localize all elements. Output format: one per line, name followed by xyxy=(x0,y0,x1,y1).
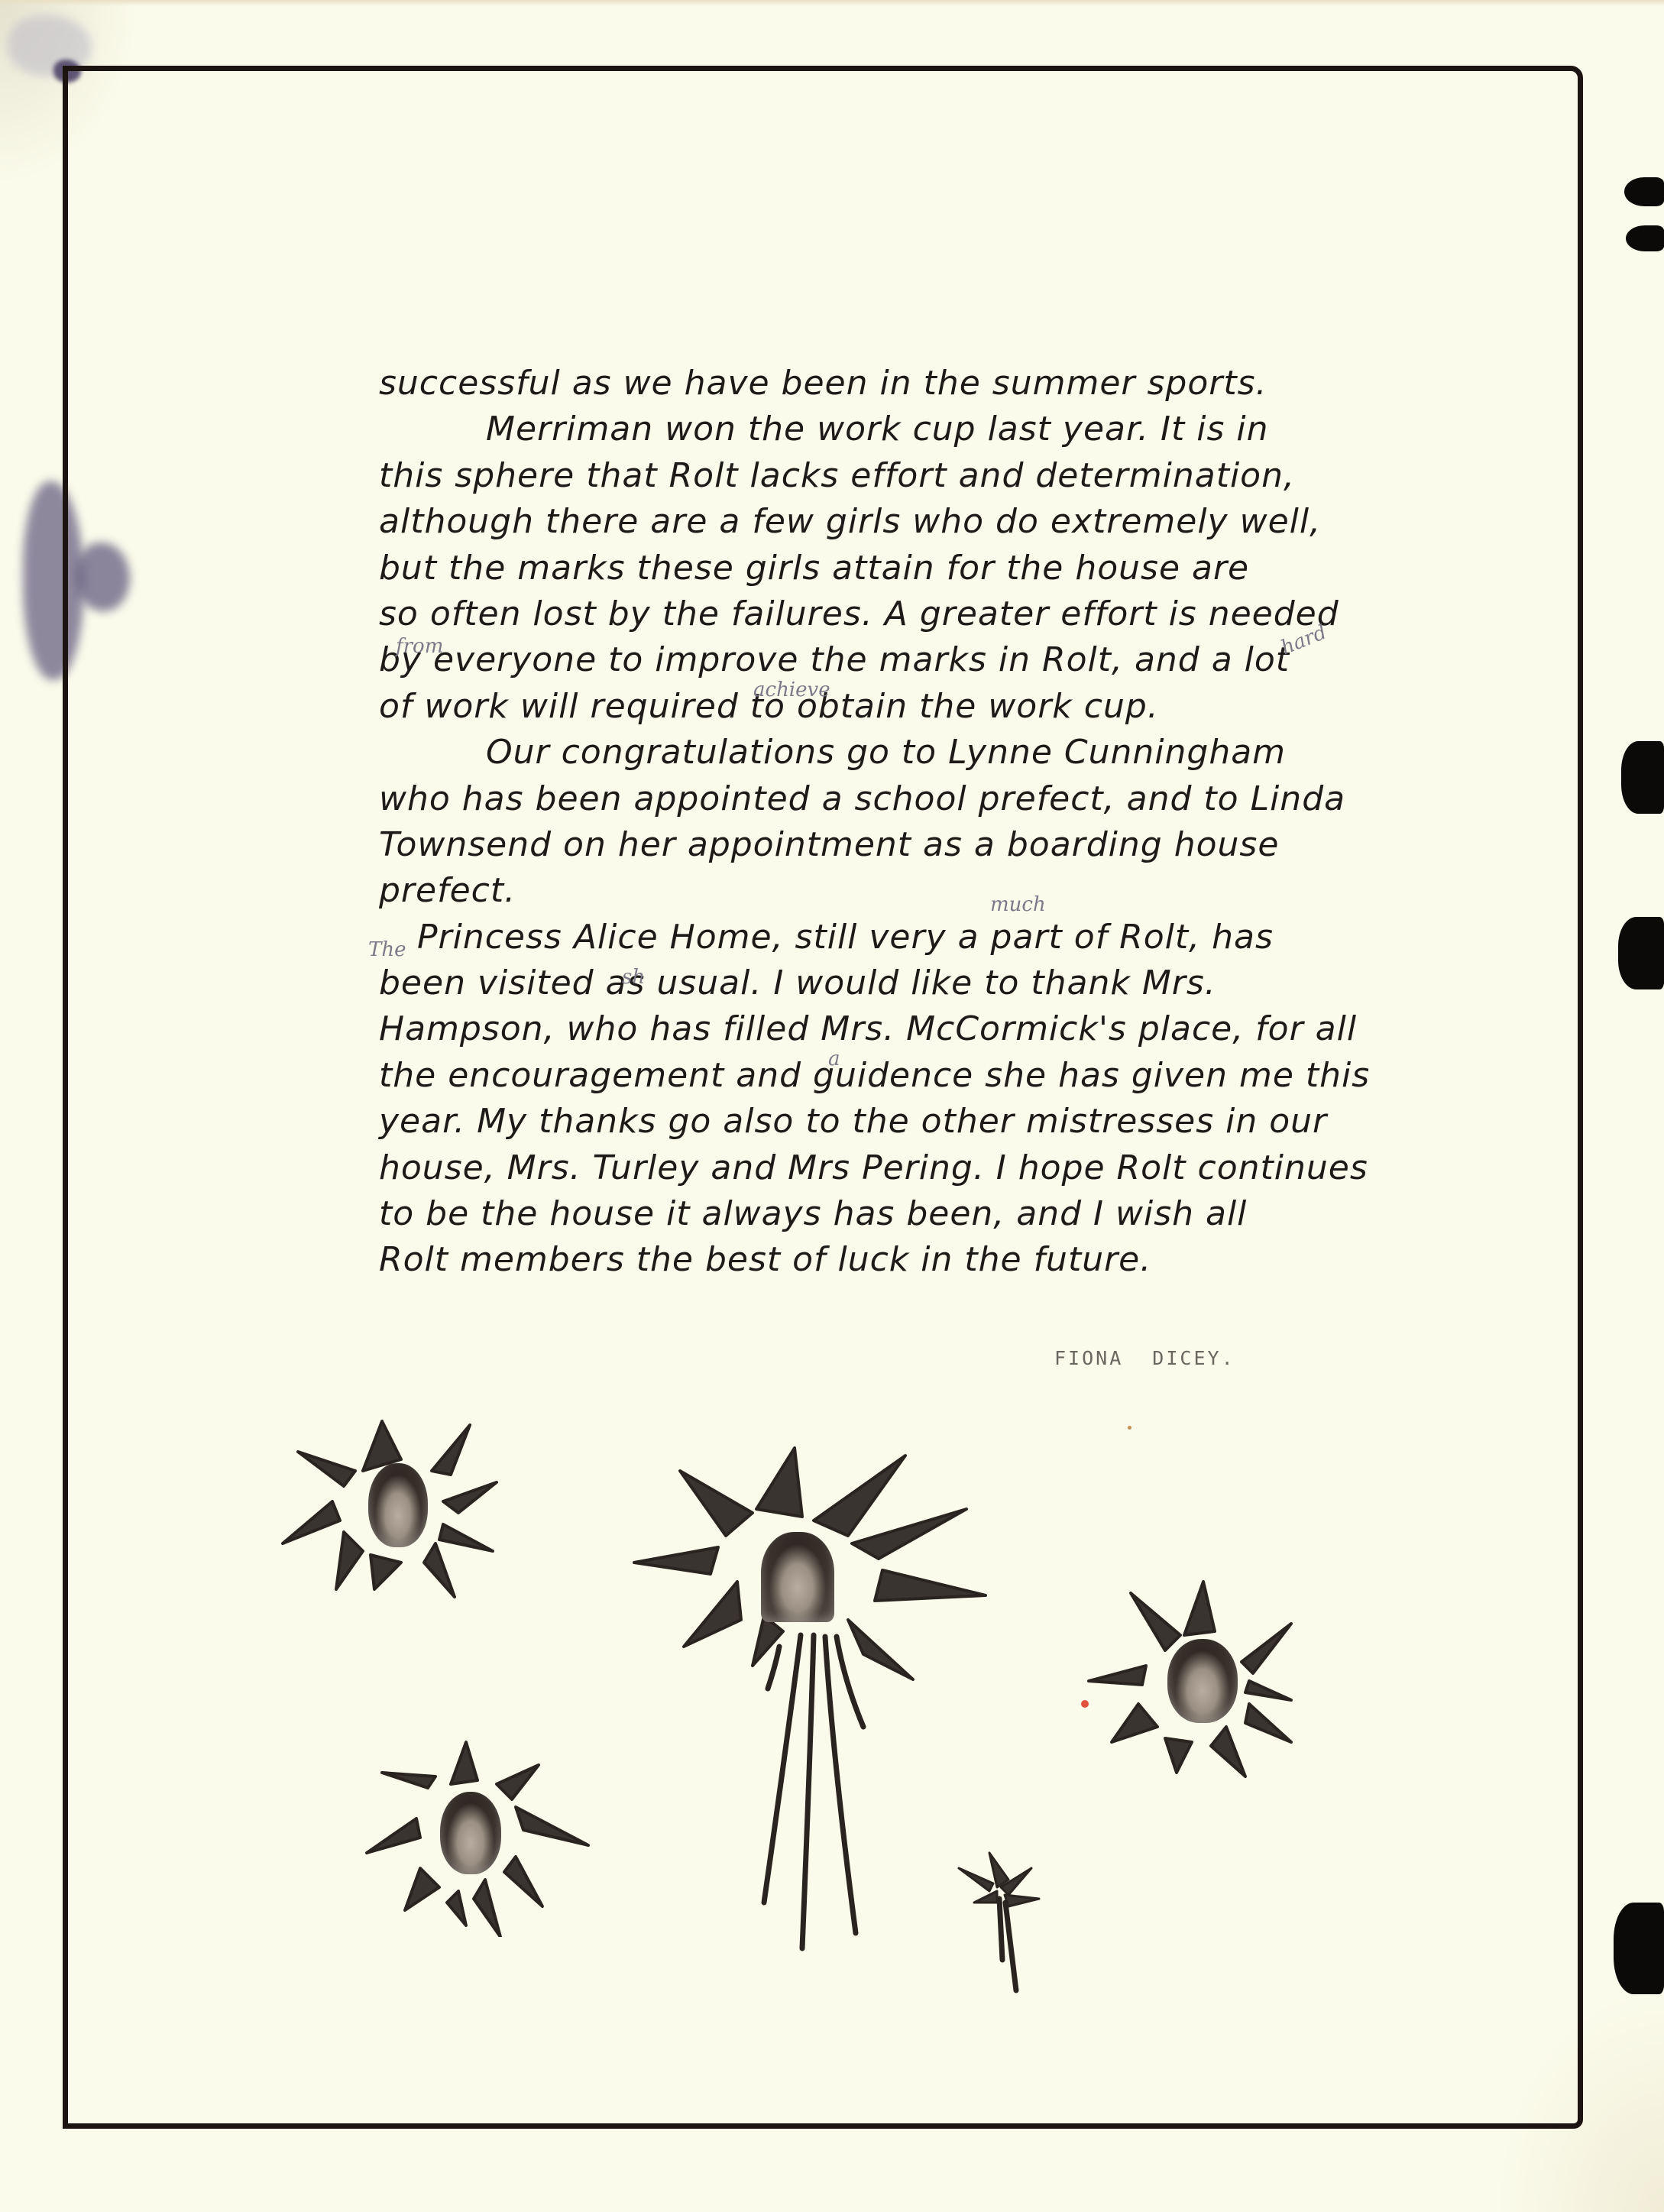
binder-hole xyxy=(1621,741,1664,814)
red-ink-dot xyxy=(1081,1700,1089,1708)
student-photo xyxy=(440,1792,501,1874)
student-photo xyxy=(368,1463,428,1547)
text-line: a the encouragement and guidence she has… xyxy=(379,1053,1372,1099)
star-small-comet-icon xyxy=(955,1845,1047,1998)
text-line-content: the encouragement and guidence she has g… xyxy=(379,1056,1370,1095)
text-line: successful as we have been in the summer… xyxy=(379,361,1372,406)
page-top-edge xyxy=(0,0,1664,6)
text-line: prefect. much xyxy=(379,868,1372,914)
text-line: from by everyone to improve the marks in… xyxy=(379,637,1372,683)
text-line: to be the house it always has been, and … xyxy=(379,1191,1372,1237)
pencil-correction: achieve xyxy=(753,667,830,713)
pencil-correction: a xyxy=(828,1036,840,1082)
pencil-correction: from xyxy=(396,623,443,669)
text-line: this sphere that Rolt lacks effort and d… xyxy=(379,453,1372,499)
text-line: but the marks these girls attain for the… xyxy=(379,546,1372,591)
text-line-content: prefect. xyxy=(379,871,516,910)
text-line: achieve of work will required to obtain … xyxy=(379,684,1372,730)
text-line: sh been visited as usual. I would like t… xyxy=(379,960,1372,1006)
text-line: so often lost by the failures. A greater… xyxy=(379,591,1372,637)
text-line: Townsend on her appointment as a boardin… xyxy=(379,822,1372,868)
binder-hole xyxy=(1614,1903,1664,1994)
text-line: The Princess Alice Home, still very a pa… xyxy=(379,915,1372,960)
text-line: house, Mrs. Turley and Mrs Pering. I hop… xyxy=(379,1145,1372,1191)
text-line: although there are a few girls who do ex… xyxy=(379,499,1372,545)
text-line: Hampson, who has filled Mrs. McCormick's… xyxy=(379,1006,1372,1052)
student-photo xyxy=(1167,1639,1238,1723)
author-signature: FIONA DICEY. xyxy=(1054,1347,1235,1369)
binder-hole xyxy=(1618,917,1664,989)
binder-hole xyxy=(1624,177,1664,206)
handwritten-report: successful as we have been in the summer… xyxy=(379,361,1372,1284)
student-photo xyxy=(761,1532,834,1622)
binder-hole xyxy=(1626,225,1664,251)
pencil-correction: sh xyxy=(622,954,645,1000)
text-line-content: Princess Alice Home, still very a part o… xyxy=(394,918,1274,957)
text-line: Merriman won the work cup last year. It … xyxy=(379,406,1372,452)
red-ink-dot xyxy=(1128,1426,1131,1430)
text-line: who has been appointed a school prefect,… xyxy=(379,776,1372,822)
text-line-content: by everyone to improve the marks in Rolt… xyxy=(379,640,1290,679)
text-line: Our congratulations go to Lynne Cunningh… xyxy=(379,730,1372,776)
text-line: Rolt members the best of luck in the fut… xyxy=(379,1237,1372,1283)
text-line: year. My thanks go also to the other mis… xyxy=(379,1099,1372,1145)
star-center-comet-icon xyxy=(626,1436,993,1971)
text-line-content: been visited as usual. I would like to t… xyxy=(379,963,1216,1002)
